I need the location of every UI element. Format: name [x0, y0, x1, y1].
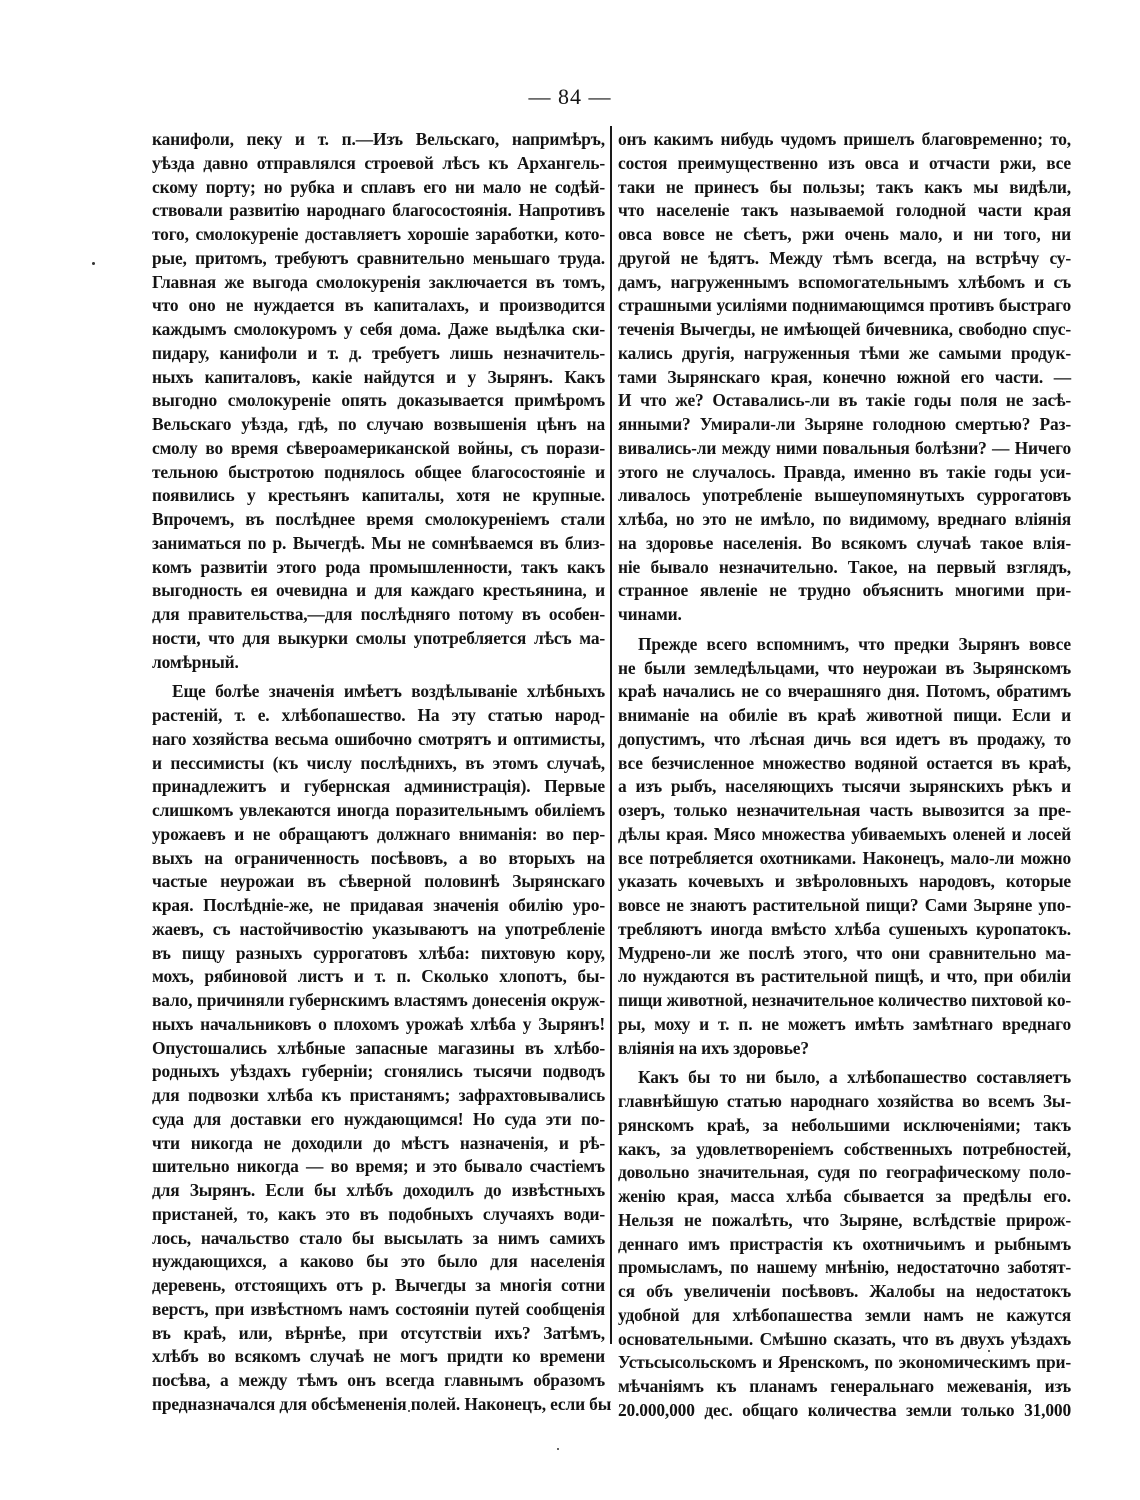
text-line: ся объ увеличеніи посѣвовъ. Жалобы на не… [618, 1280, 1071, 1304]
text-line: рые, притомъ, требуютъ сравнительно мень… [152, 247, 605, 271]
text-line: урожаевъ и не обращаютъ должнаго внимані… [152, 823, 605, 847]
text-line: Еще болѣе значенія имѣетъ воздѣлываніе х… [152, 680, 605, 704]
text-line: выгодность ея очевидна и для каждаго кре… [152, 579, 605, 603]
scan-speck [988, 1350, 990, 1352]
text-line: что населеніе такъ называемой голодной ч… [618, 199, 1071, 223]
text-line: а изъ рыбъ, населяющихъ тысячи зырянских… [618, 775, 1071, 799]
text-line: пидару, канифоли и т. д. требуетъ лишь н… [152, 342, 605, 366]
scan-speck [557, 1448, 559, 1450]
text-line: что оно не нуждается въ капиталахъ, и пр… [152, 294, 605, 318]
text-line: края. Послѣдніе-же, не придавая значенія… [152, 894, 605, 918]
text-line: хлѣба, но это не имѣло, по видимому, вре… [618, 508, 1071, 532]
text-line: канифоли, пеку и т. п.—Изъ Вельскаго, на… [152, 128, 605, 152]
text-line: ры, моху и т. п. не можетъ имѣть замѣтна… [618, 1013, 1071, 1037]
left-column: канифоли, пеку и т. п.—Изъ Вельскаго, на… [152, 128, 605, 1417]
text-line: Главная же выгода смолокуренія заключает… [152, 271, 605, 295]
text-line: промысламъ, по нашему мнѣнію, недостаточ… [618, 1256, 1071, 1280]
text-line: вало, причиняли губернскимъ властямъ дон… [152, 989, 605, 1013]
paragraph: Прежде всего вспомнимъ, что предки Зырян… [618, 633, 1071, 1061]
text-line: ствовали развитію народнаго благосостоян… [152, 199, 605, 223]
paragraph: Еще болѣе значенія имѣетъ воздѣлываніе х… [152, 680, 605, 1416]
text-line: вивались-ли между ними повальныя болѣзни… [618, 437, 1071, 461]
text-line: родныхъ уѣздахъ губерніи; сгонялись тыся… [152, 1060, 605, 1084]
text-line: и пессимисты (къ числу послѣднихъ, въ эт… [152, 752, 605, 776]
text-line: дѣлы края. Мясо множества убиваемыхъ оле… [618, 823, 1071, 847]
text-line: требляютъ иногда вмѣсто хлѣба сушеныхъ к… [618, 918, 1071, 942]
text-line: Какъ бы то ни было, а хлѣбопашество сост… [618, 1066, 1071, 1090]
text-line: мохъ, рябиновой листъ и т. п. Сколько хл… [152, 965, 605, 989]
text-line: уѣзда давно отправлялся строевой лѣсъ къ… [152, 152, 605, 176]
text-line: посѣва, а между тѣмъ онъ всегда главнымъ… [152, 1369, 605, 1393]
text-line: все безчисленное множество водяной остае… [618, 752, 1071, 776]
right-column: онъ какимъ нибудь чудомъ пришелъ благовр… [618, 128, 1071, 1423]
text-line: указать кочевыхъ и звѣроловныхъ народовъ… [618, 870, 1071, 894]
text-line: заниматься по р. Вычегдѣ. Мы не сомнѣвае… [152, 532, 605, 556]
text-line: Опустошались хлѣбные запасные магазины в… [152, 1037, 605, 1061]
text-line: кались другія, нагруженныя тѣми же самым… [618, 342, 1071, 366]
page-number: — 84 — [0, 84, 1140, 110]
text-line: выхъ на ограниченность посѣвовъ, а во вт… [152, 847, 605, 871]
text-line: для правительства,—для послѣдняго потому… [152, 603, 605, 627]
text-line: лось, начальство стало бы высылать за ни… [152, 1227, 605, 1251]
text-line: краѣ начались не со вчерашняго дня. Пото… [618, 680, 1071, 704]
text-line: предназначался для обсѣмененія полей. На… [152, 1393, 605, 1417]
text-line: ныхъ начальниковъ о плохомъ урожаѣ хлѣба… [152, 1013, 605, 1037]
paragraph: онъ какимъ нибудь чудомъ пришелъ благовр… [618, 128, 1071, 627]
text-line: вниманіе на обиліе въ краѣ животной пищи… [618, 704, 1071, 728]
text-line: выгодно смолокуреніе опять доказывается … [152, 389, 605, 413]
text-line: овса вовсе не сѣетъ, ржи очень мало, и н… [618, 223, 1071, 247]
text-line: Вельскаго уѣзда, гдѣ, по случаю возвышен… [152, 413, 605, 437]
text-line: пристаней, то, какъ это въ подобныхъ слу… [152, 1203, 605, 1227]
text-line: не были земледѣльцами, что неурожаи въ З… [618, 657, 1071, 681]
text-line: допустимъ, что лѣсная дичь вся идетъ въ … [618, 728, 1071, 752]
text-line: частые неурожаи въ сѣверной половинѣ Зыр… [152, 870, 605, 894]
text-line: шительно никогда — во время; и это бывал… [152, 1155, 605, 1179]
text-line: пищи животной, незначительное количество… [618, 989, 1071, 1013]
text-line: для подвозки хлѣба къ пристанямъ; зафрах… [152, 1084, 605, 1108]
text-line: Прежде всего вспомнимъ, что предки Зырян… [618, 633, 1071, 657]
text-line: верстъ, при извѣстномъ намъ состояніи пу… [152, 1298, 605, 1322]
text-line: деревень, отстоящихъ отъ р. Вычегды за м… [152, 1274, 605, 1298]
text-line: принадлежитъ и губернская администрація)… [152, 775, 605, 799]
text-line: на здоровье населенія. Во всякомъ случаѣ… [618, 532, 1071, 556]
scan-speck [92, 262, 95, 265]
scan-speck [408, 1410, 410, 1412]
text-line: смолу во время сѣвероамериканской войны,… [152, 437, 605, 461]
text-line: въ пищу разныхъ суррогатовъ хлѣба: пихто… [152, 942, 605, 966]
text-line: тельною быстротою поднялось общее благос… [152, 461, 605, 485]
text-line: янными? Умирали-ли Зыряне голодною смерт… [618, 413, 1071, 437]
text-line: страшными усиліями поднимающимся противъ… [618, 294, 1071, 318]
text-line: мѣчаніямъ къ планамъ генеральнаго межева… [618, 1375, 1071, 1399]
text-line: въ краѣ, или, вѣрнѣе, при отсутствіи ихъ… [152, 1322, 605, 1346]
text-line: ливалось употребленіе вышеупомянутыхъ су… [618, 484, 1071, 508]
text-line: наго хозяйства весьма ошибочно смотрятъ … [152, 728, 605, 752]
text-line: тами Зырянскаго края, конечно южной его … [618, 366, 1071, 390]
text-line: ло нуждаются въ растительной пищѣ, и что… [618, 965, 1071, 989]
text-line: рянскомъ краѣ, за небольшими исключеніям… [618, 1114, 1071, 1138]
text-line: теченія Вычегды, не имѣющей бичевника, с… [618, 318, 1071, 342]
text-line: вліянія на ихъ здоровье? [618, 1037, 1071, 1061]
text-line: Устьсысольскомъ и Яренскомъ, по экономич… [618, 1351, 1071, 1375]
text-line: онъ какимъ нибудь чудомъ пришелъ благовр… [618, 128, 1071, 152]
text-line: вовсе не знаютъ растительной пищи? Сами … [618, 894, 1071, 918]
text-line: скому порту; но рубка и сплавъ его ни ма… [152, 176, 605, 200]
text-line: каждымъ смолокуромъ у себя дома. Даже вы… [152, 318, 605, 342]
text-line: нуждающихся, а каково бы это было для на… [152, 1250, 605, 1274]
text-line: озеръ, только незначительная часть вывоз… [618, 799, 1071, 823]
text-line: все потребляется охотниками. Наконецъ, м… [618, 847, 1071, 871]
text-line: Мудрено-ли же послѣ этого, что они сравн… [618, 942, 1071, 966]
paragraph: канифоли, пеку и т. п.—Изъ Вельскаго, на… [152, 128, 605, 674]
text-line: ности, что для выкурки смолы употребляет… [152, 627, 605, 651]
text-line: суда для доставки его нуждающимся! Но су… [152, 1108, 605, 1132]
text-line: того, смолокуреніе доставляетъ хорошіе з… [152, 223, 605, 247]
text-line: Впрочемъ, въ послѣднее время смолокурені… [152, 508, 605, 532]
text-line: появились у крестьянъ капиталы, хотя не … [152, 484, 605, 508]
text-line: основательными. Смѣшно сказать, что въ д… [618, 1328, 1071, 1352]
text-line: для Зырянъ. Если бы хлѣбъ доходилъ до из… [152, 1179, 605, 1203]
text-line: чинами. [618, 603, 1071, 627]
text-line: таки не принесъ бы пользы; такъ какъ мы … [618, 176, 1071, 200]
column-divider [610, 126, 612, 1344]
text-line: 20.000,000 дес. общаго количества земли … [618, 1399, 1071, 1423]
text-line: ніе бывало незначительно. Такое, на перв… [618, 556, 1071, 580]
text-line: какъ, за удовлетвореніемъ собственныхъ п… [618, 1138, 1071, 1162]
text-line: ныхъ капиталовъ, какіе найдутся и у Зыря… [152, 366, 605, 390]
text-line: слишкомъ увлекаются иногда поразительным… [152, 799, 605, 823]
text-line: довольно значительная, судя по географич… [618, 1161, 1071, 1185]
text-line: жаевъ, съ настойчивостію указываютъ на у… [152, 918, 605, 942]
text-line: Нельзя не пожалѣть, что Зыряне, вслѣдств… [618, 1209, 1071, 1233]
text-line: хлѣбъ во всякомъ случаѣ не могъ придти к… [152, 1345, 605, 1369]
text-line: главнѣйшую статью народнаго хозяйства во… [618, 1090, 1071, 1114]
paragraph: Какъ бы то ни было, а хлѣбопашество сост… [618, 1066, 1071, 1422]
text-line: другой не ѣдятъ. Между тѣмъ всегда, на в… [618, 247, 1071, 271]
text-line: странное явленіе не трудно объяснить мно… [618, 579, 1071, 603]
text-line: ломѣрный. [152, 651, 605, 675]
text-line: этого не случалось. Правда, именно въ та… [618, 461, 1071, 485]
text-line: женію края, масса хлѣба сбывается за пре… [618, 1185, 1071, 1209]
text-line: дамъ, нагруженнымъ вспомогательнымъ хлѣб… [618, 271, 1071, 295]
text-line: И что же? Оставались-ли въ такіе годы по… [618, 389, 1071, 413]
text-line: состоя преимущественно изъ овса и отчаст… [618, 152, 1071, 176]
text-line: удобной для хлѣбопашества земли намъ не … [618, 1304, 1071, 1328]
text-line: растеній, т. е. хлѣбопашество. На эту ст… [152, 704, 605, 728]
text-line: деннаго имъ пристрастія къ охотничьимъ и… [618, 1233, 1071, 1257]
text-line: чти никогда не доходили до мѣстъ назначе… [152, 1132, 605, 1156]
text-line: комъ развитіи этого рода промышленности,… [152, 556, 605, 580]
